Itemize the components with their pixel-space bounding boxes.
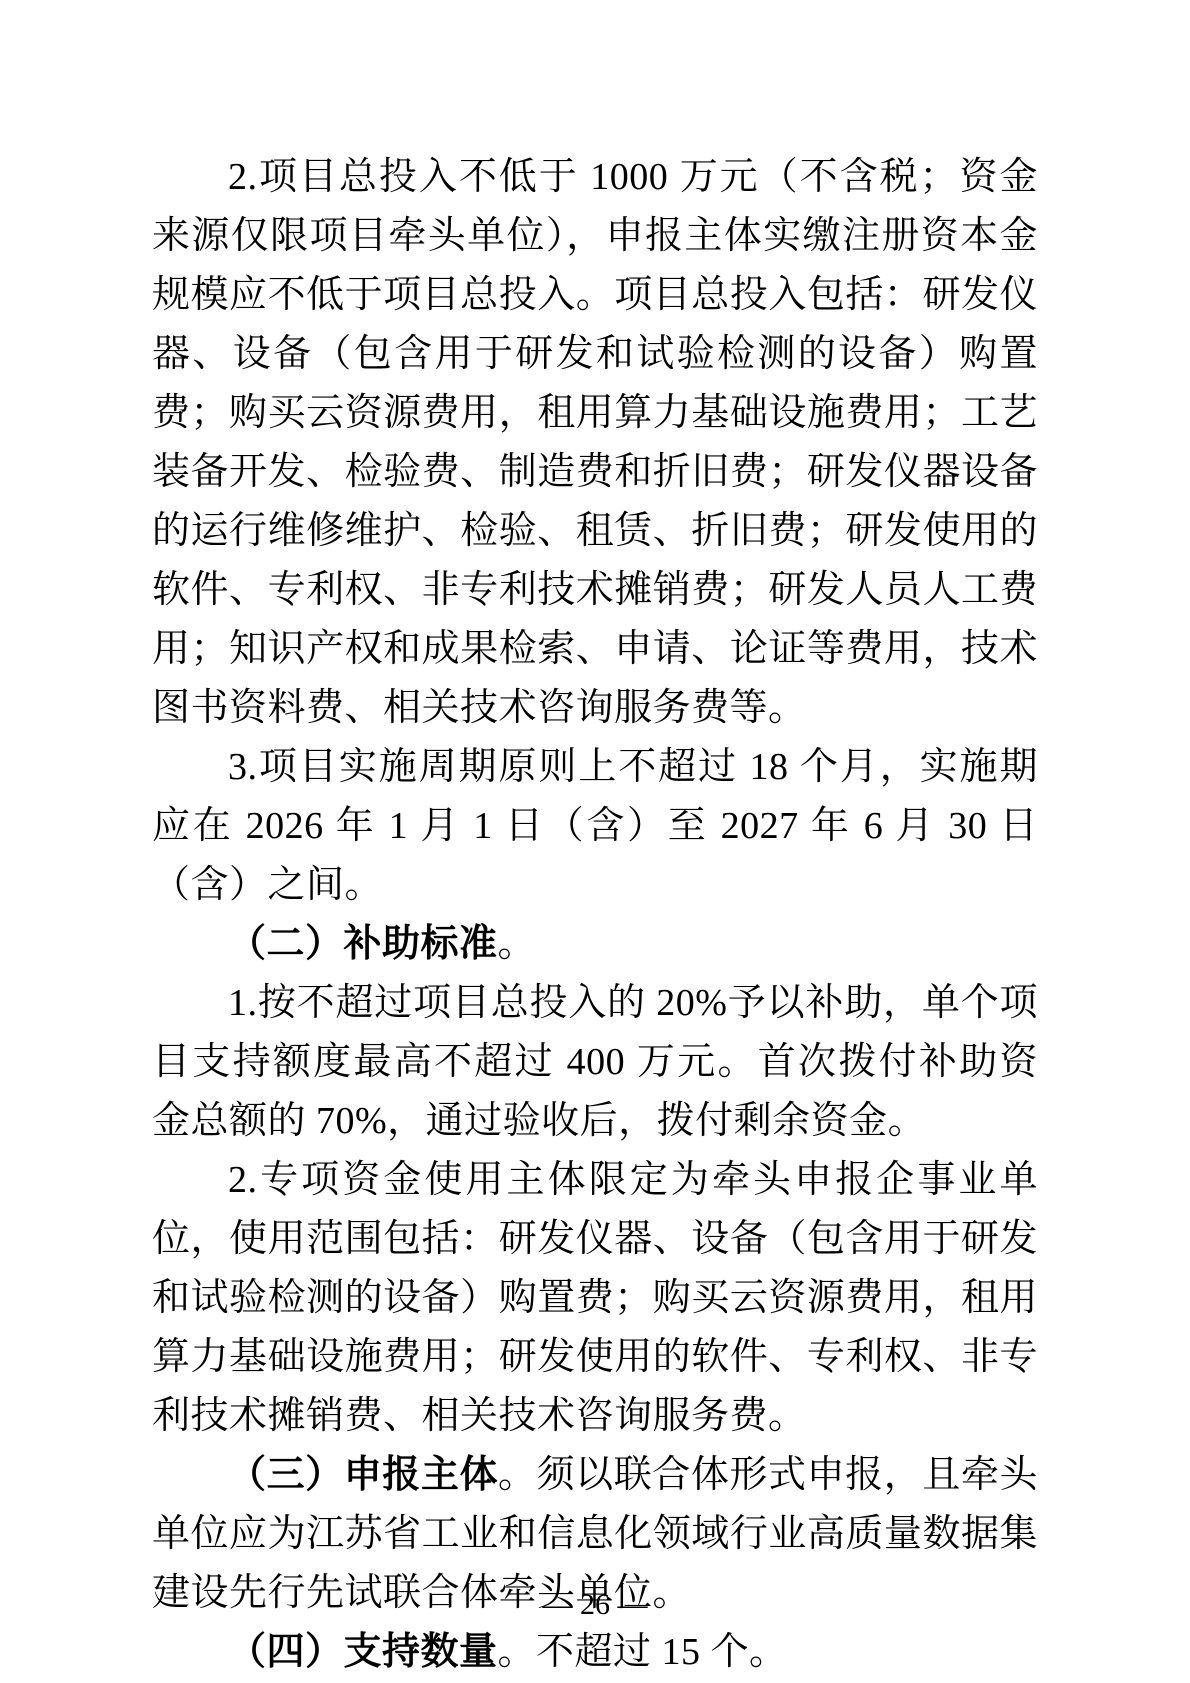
document-page: 2.项目总投入不低于 1000 万元（不含税；资金来源仅限项目牵头单位），申报主…: [0, 0, 1190, 1683]
paragraph-text: 。不超过 15 个。: [498, 1631, 788, 1673]
document-body: 2.项目总投入不低于 1000 万元（不含税；资金来源仅限项目牵头单位），申报主…: [152, 148, 1038, 1682]
heading-text: （四）支持数量: [228, 1631, 498, 1673]
paragraph-project-investment: 2.项目总投入不低于 1000 万元（不含税；资金来源仅限项目牵头单位），申报主…: [152, 148, 1038, 738]
heading-subsidy-standard: （二）补助标准。: [152, 915, 1038, 974]
page-number: — 26 —: [0, 1583, 1190, 1627]
paragraph-text: 1.按不超过项目总投入的 20%予以补助，单个项目支持额度最高不超过 400 万…: [152, 982, 1038, 1142]
heading-text: （三）申报主体: [228, 1454, 498, 1496]
paragraph-subsidy-ratio: 1.按不超过项目总投入的 20%予以补助，单个项目支持额度最高不超过 400 万…: [152, 974, 1038, 1151]
heading-text: （二）补助标准: [228, 923, 498, 965]
paragraph-text: 2.项目总投入不低于 1000 万元（不含税；资金来源仅限项目牵头单位），申报主…: [152, 156, 1038, 729]
paragraph-implementation-period: 3.项目实施周期原则上不超过 18 个月，实施期应在 2026 年 1 月 1 …: [152, 738, 1038, 915]
paragraph-fund-usage: 2.专项资金使用主体限定为牵头申报企事业单位，使用范围包括：研发仪器、设备（包含…: [152, 1151, 1038, 1446]
paragraph-text: 2.专项资金使用主体限定为牵头申报企事业单位，使用范围包括：研发仪器、设备（包含…: [152, 1159, 1038, 1437]
paragraph-support-quantity: （四）支持数量。不超过 15 个。: [152, 1623, 1038, 1682]
paragraph-text: 3.项目实施周期原则上不超过 18 个月，实施期应在 2026 年 1 月 1 …: [152, 746, 1038, 906]
paragraph-text: 。: [498, 923, 537, 965]
